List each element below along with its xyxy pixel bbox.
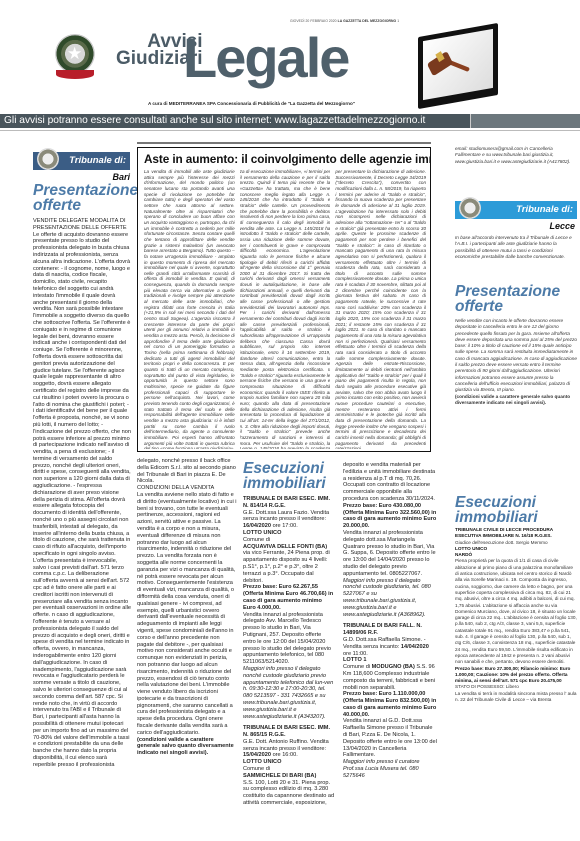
republic-emblem-icon: ★ (53, 34, 97, 78)
tribunale-city: Bari (33, 172, 130, 182)
brand-legale: Legale (183, 30, 348, 86)
section-title-line2: offerte (455, 300, 575, 315)
listing3-info: Maggiori info presso il curatore Prof.ss… (343, 759, 438, 779)
conditions-note: (condizioni valide a carattere generale … (137, 737, 237, 757)
section-title-presentazione-lecce: Presentazione offerte (455, 285, 575, 314)
article-rule (137, 142, 431, 144)
article-columns: La vendita di immobili alle aste giudizi… (144, 169, 426, 449)
listing3-comune: Comune di (343, 664, 370, 670)
ribbon-icon (56, 70, 94, 79)
conditions-intro: delegato, nonché presso il back office d… (137, 458, 237, 485)
conditions-column: delegato, nonché presso il back office d… (137, 458, 237, 838)
listing2-comune: Comune di (243, 766, 335, 773)
lecce-offerte-note: (condizioni valide a carattere generale … (455, 394, 577, 407)
listing2-date: 15/04/2020 (243, 752, 271, 758)
section-title-esecuzioni-lecce: Esecuzioni immobiliari (455, 496, 575, 525)
conditions-heading: CONDIZIONI DELLA VENDITA (137, 485, 237, 492)
col-c-info: Maggiori info presso il delegato nonché … (343, 578, 438, 619)
divider (0, 130, 580, 131)
listing1-head: TRIBUNALE DI BARI ESEC. IMM. N. 814/14 R… (243, 496, 335, 510)
listing1-desc: via vico Ferrante, 24 Piena prop. di app… (243, 550, 335, 584)
tribunale-bari-box: Tribunale di: (33, 152, 130, 170)
listing1-place: ACQUAVIVA DELLE FONTI (BA) (243, 544, 335, 551)
listing3-lotto: LOTTO 1 (343, 657, 438, 664)
listing2-place: SAMMICHELE DI BARI (BA) (243, 773, 335, 780)
subtitle: A cura di MEDITERRANEA SPA Concessionari… (148, 101, 355, 106)
section-title-line2: immobiliari (455, 511, 575, 526)
col-c-price: Prezzo base: Euro 430.080,00 (Offerta Mi… (343, 503, 438, 530)
listing3-head: TRIBUNALE DI BARI FALL. N. 14899/06 R.F. (343, 623, 438, 637)
listing2-lotto: LOTTO UNICO (243, 759, 335, 766)
monitor-gavel-icon (418, 23, 498, 109)
listing3-tail: Vendita innanzi al G.D. Dott.ssa Raffael… (343, 718, 438, 759)
listing3-time: ore 11:00. (343, 651, 368, 657)
listing1-lotto: LOTTO UNICO (243, 530, 335, 537)
tribunale-label: Tribunale di: (69, 155, 126, 166)
dateline-paper: LA GAZZETTA DEL MEZZOGIORNO (338, 19, 397, 23)
listing1-comune: Comune di (243, 537, 335, 544)
section-title-line2: offerte (33, 199, 133, 214)
left-intro: VENDITE DELEGATE MODALITÀ DI PRESENTAZIO… (33, 218, 131, 232)
listing1-date: 16/04/2020 (243, 523, 271, 529)
col-c-top: deposito e vendita materiali per l'edili… (343, 462, 438, 503)
seal-icon (37, 148, 59, 170)
listing2-desc: S.S. 100, Lotti 20 e 31. Piena prop. su … (243, 780, 335, 807)
listing1-info: Maggiori info presso il delegato nonché … (243, 666, 335, 720)
lecce-listing-price: Prezzo base: Euro 27.300,00; Rilancio mi… (455, 666, 577, 685)
article-col-3: per presentare la dichiarazione di adesi… (335, 169, 426, 449)
listing-bari-column: TRIBUNALE DI BARI ESEC. IMM. N. 814/14 R… (243, 496, 335, 836)
listing1-tail: Vendita innanzi al professionista delega… (243, 612, 335, 666)
listing3-price: Prezzo base: Euro 1.110.000,00 (Offerta … (343, 691, 438, 718)
tribunale-lecce-box: Tribunale di: (455, 201, 577, 219)
tribunale-city: Lecce (455, 221, 575, 231)
url-banner: Gli avvisi potranno essere consultati an… (0, 114, 580, 128)
article-col-2: za di esecuzione immobiliare», «i termin… (240, 169, 331, 449)
seal-icon (459, 197, 481, 219)
section-title-esecuzioni-bari: Esecuzioni immobiliari (243, 462, 343, 491)
url-banner-tail (470, 114, 580, 128)
listing1-body: G.E. Dott.ssa Laura Fazio. Vendita senza… (243, 510, 329, 523)
url-banner-text: Gli avvisi potranno essere consultati an… (4, 115, 425, 126)
left-offerte-text: VENDITE DELEGATE MODALITÀ DI PRESENTAZIO… (33, 218, 131, 838)
listing3-place: MODUGNO (BA) (372, 664, 415, 670)
lecce-listing-tail: La vendita si terrà in modalità sincrona… (455, 691, 577, 704)
article-headline: Aste in aumento: il coinvolgimento delle… (144, 152, 426, 166)
dateline: GIOVEDÌ 20 FEBBRAIO 2020 LA GAZZETTA DEL… (290, 19, 399, 23)
article-col-1: La vendita di immobili alle aste giudizi… (144, 169, 235, 449)
listing3-date: 14/04/2020 (401, 644, 429, 650)
listing1-time: ore 17:00. (273, 523, 298, 529)
listing1-price: Prezzo base: Euro 62.267,55 (Offerta Min… (243, 584, 335, 611)
conditions-body: La vendita avviene nello stato di fatto … (137, 492, 237, 737)
lecce-intro: In base all'accordo intervenuto tra il T… (455, 235, 577, 260)
col-c-body: Vendita innanzi al professionista delega… (343, 530, 438, 578)
listing2-head: TRIBUNALE DI BARI ESEC. IMM. N. 865/15 R… (243, 725, 335, 739)
lecce-listing-desc: Piena proprietà per la quota di 1/1 di c… (455, 558, 577, 665)
listing2-body: G.E. Dott. Antonio Ruffino. Vendita senz… (243, 739, 329, 752)
listing2-time: ore 16:00. (273, 752, 298, 758)
dateline-page: 1 (397, 19, 399, 23)
dateline-date: GIOVEDÌ 20 FEBBRAIO 2020 (290, 19, 337, 23)
section-title-presentazione: Presentazione offerte (33, 184, 133, 213)
lecce-listing: TRIBUNALE CIVILE DI LECCE PROCEDURA ESEC… (455, 527, 577, 839)
monitor-screen (423, 29, 493, 100)
listing-bari-column-2: deposito e vendita materiali per l'edili… (343, 462, 438, 837)
article-box: Aste in aumento: il coinvolgimento delle… (137, 147, 431, 452)
lecce-offerte: Nelle vendite con incanto le offerte dov… (455, 318, 577, 406)
tribunale-label: Tribunale di: (516, 204, 573, 215)
right-top-text: email: studiomusera@gmail.com in Cancell… (455, 146, 575, 165)
left-body: Le offerte di acquisto dovranno essere p… (33, 232, 131, 769)
lecce-listing-head: TRIBUNALE CIVILE DI LECCE PROCEDURA ESEC… (455, 527, 577, 540)
star-icon: ★ (67, 45, 82, 62)
lecce-offerte-body: Nelle vendite con incanto le offerte dov… (455, 318, 577, 394)
section-title-line2: immobiliari (243, 477, 343, 492)
